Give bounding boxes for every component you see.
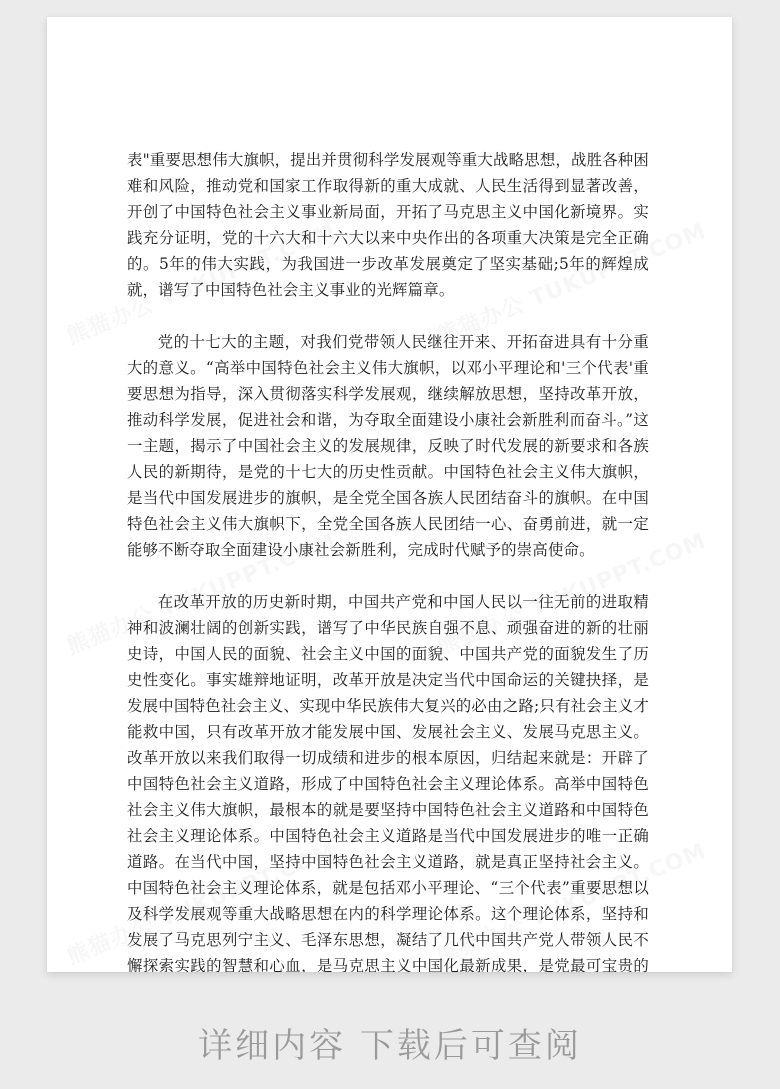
download-to-view-notice: 详细内容 下载后可查阅	[0, 1018, 780, 1067]
paragraph-2: 党的十七大的主题，对我们党带领人民继往开来、开拓奋进具有十分重大的意义。“高举中…	[127, 329, 649, 563]
document-page: 熊猫办公 TUKUPPT.COM 熊猫办公 TUKUPPT.COM 熊猫办公 T…	[47, 17, 732, 972]
document-body: 表"重要思想伟大旗帜，提出并贯彻科学发展观等重大战略思想，战胜各种困难和风险，推…	[127, 147, 649, 972]
paragraph-3: 在改革开放的历史新时期，中国共产党和中国人民以一往无前的进取精神和波澜壮阔的创新…	[127, 589, 649, 972]
paragraph-1: 表"重要思想伟大旗帜，提出并贯彻科学发展观等重大战略思想，战胜各种困难和风险，推…	[127, 147, 649, 303]
